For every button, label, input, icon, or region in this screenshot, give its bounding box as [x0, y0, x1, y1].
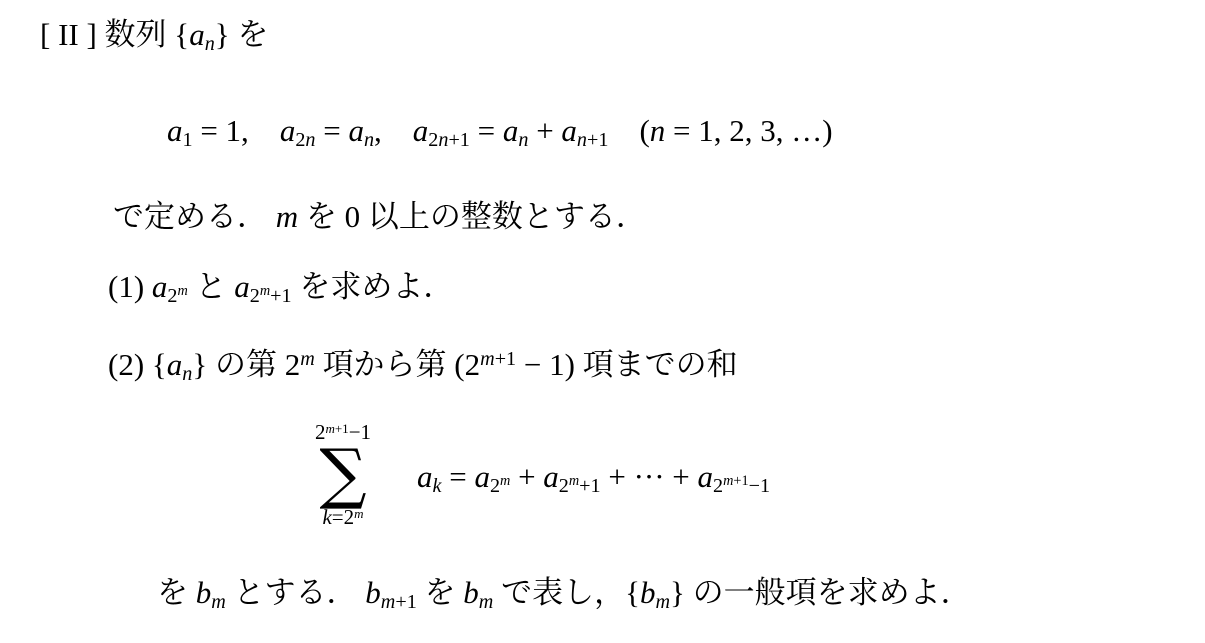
math-token: で表し， [493, 575, 625, 610]
math-token: +1 [495, 348, 516, 370]
math-token: m [325, 421, 334, 436]
math-token: m [354, 506, 363, 521]
math-token [249, 113, 280, 148]
math-token: n [438, 129, 448, 151]
math-token: 2 [295, 129, 305, 151]
math-token: a [698, 459, 714, 494]
math-token: を [157, 575, 196, 610]
math-token: n [518, 129, 528, 151]
math-token: a [280, 113, 296, 148]
math-token: m [479, 591, 494, 613]
math-token: k [322, 505, 331, 529]
sum-lower-limit: k=2m [322, 507, 363, 528]
math-token: (2) [108, 347, 152, 382]
math-token: b [463, 575, 479, 610]
problem-intro-line: [ II ] 数列 {an} を [40, 16, 268, 57]
math-token: を [417, 575, 464, 610]
part2-question-line: (2) {an} の第 2m 項から第 (2m+1 − 1) 項までの和 [108, 346, 738, 387]
math-token: a [152, 269, 168, 304]
math-problem-document: [ II ] 数列 {an} を a1 = 1, a2n = an, a2n+1… [0, 0, 1205, 643]
math-token: n [305, 129, 315, 151]
math-token: m [177, 283, 187, 299]
math-token: + [528, 113, 561, 148]
math-token: = [315, 113, 348, 148]
math-token: a [503, 113, 519, 148]
math-token: m [569, 473, 579, 489]
math-token: m [381, 591, 396, 613]
math-token: 2 [490, 475, 500, 497]
math-token: { [152, 347, 167, 382]
math-token: −1 [749, 475, 770, 497]
math-token: n [205, 33, 215, 55]
math-token: a [413, 113, 429, 148]
math-token: 項から第 (2 [315, 347, 480, 382]
math-token: a [167, 113, 183, 148]
math-token: +1 [335, 421, 349, 436]
math-token: 数列 [105, 17, 175, 52]
math-token: を求めよ． [292, 269, 455, 304]
math-token: a [543, 459, 559, 494]
math-token: m [500, 473, 510, 489]
math-token: a [167, 347, 183, 382]
math-token: n [182, 363, 192, 385]
math-token: ( [608, 113, 649, 148]
math-token: m [211, 591, 226, 613]
math-token: とする． [226, 575, 366, 610]
math-token: 2 [167, 285, 177, 307]
math-token: b [365, 575, 381, 610]
math-token: (1) [108, 269, 152, 304]
math-token: a [189, 17, 205, 52]
math-token: = [470, 113, 503, 148]
math-token: a [561, 113, 577, 148]
math-token: b [640, 575, 656, 610]
math-token: で定める． [113, 199, 276, 234]
math-token: { [625, 575, 640, 610]
math-token: +1 [579, 475, 600, 497]
math-token: +1 [448, 129, 469, 151]
math-token: +1 [733, 473, 748, 489]
math-token: 2 [250, 285, 260, 307]
math-token: + [510, 459, 543, 494]
math-token: a [348, 113, 364, 148]
math-token: 2 [713, 475, 723, 497]
sum-rhs-expression: ak = a2m + a2m+1 + ··· + a2m+1−1 [417, 458, 770, 498]
math-token: m [723, 473, 733, 489]
sigma-with-limits: 2m+1−1 ∑ k=2m [293, 422, 393, 528]
sum-equation: 2m+1−1 ∑ k=2m ak = a2m + a2m+1 + ··· + a… [293, 422, 770, 528]
math-token: , [374, 113, 382, 148]
math-token: 2 [559, 475, 569, 497]
math-token: n [364, 129, 374, 151]
math-token: 2 [428, 129, 438, 151]
closing-question-line: を bm とする． bm+1 を bm で表し，{bm} の一般項を求めよ． [157, 574, 972, 615]
math-token: =2 [332, 505, 354, 529]
math-token: a [474, 459, 490, 494]
sigma-symbol: ∑ [319, 445, 366, 503]
math-token: b [196, 575, 212, 610]
math-token: − 1) 項までの和 [516, 347, 738, 382]
math-token: } [215, 17, 238, 52]
math-token: m [260, 283, 270, 299]
math-token: m [655, 591, 670, 613]
math-token: + ··· + [601, 459, 698, 494]
math-token: a [234, 269, 250, 304]
math-token: = 1, [193, 113, 249, 148]
math-token: を [237, 17, 268, 52]
math-token: m [480, 348, 495, 370]
math-token: n [650, 113, 666, 148]
define-condition-line: で定める． m を 0 以上の整数とする． [113, 198, 647, 237]
math-token: m [276, 199, 298, 234]
math-token: n [577, 129, 587, 151]
math-token: } の第 2 [192, 347, 300, 382]
math-token: [ II ] [40, 17, 105, 52]
math-token [382, 113, 413, 148]
math-token: +1 [395, 591, 416, 613]
math-token: +1 [270, 285, 291, 307]
math-token: と [188, 269, 235, 304]
part1-question-line: (1) a2m と a2m+1 を求めよ． [108, 268, 454, 309]
math-token: を 0 以上の整数とする． [298, 199, 647, 234]
math-token: +1 [587, 129, 608, 151]
math-token: = [441, 459, 474, 494]
math-token: a [417, 459, 433, 494]
math-token: } の一般項を求めよ． [670, 575, 972, 610]
math-token: m [300, 348, 315, 370]
math-token: 1 [183, 129, 193, 151]
math-token: = 1, 2, 3, …) [665, 113, 832, 148]
recurrence-equation: a1 = 1, a2n = an, a2n+1 = an + an+1 (n =… [167, 112, 833, 153]
math-token: { [174, 17, 189, 52]
